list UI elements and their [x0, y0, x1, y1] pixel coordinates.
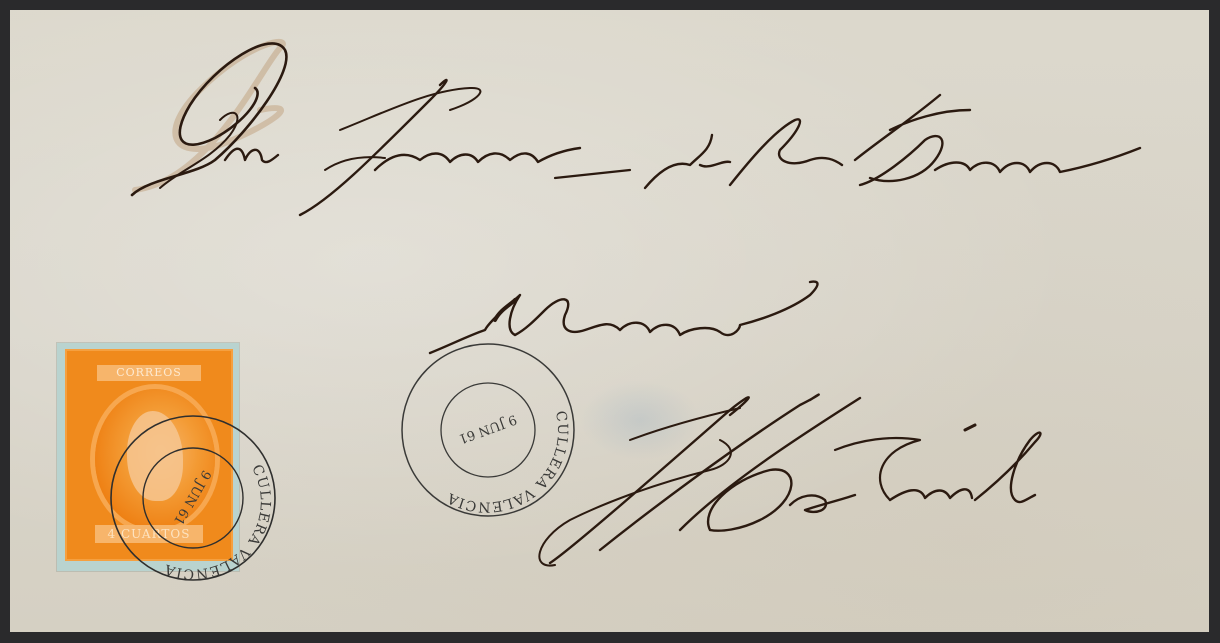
stamp-value-label: 4 CUARTOS	[95, 525, 203, 543]
postage-stamp: CORREOS 4 CUARTOS	[57, 343, 239, 571]
stamp-top-label: CORREOS	[97, 365, 201, 381]
postal-cover: Dn Franco de la Torre del como Motril CO…	[10, 10, 1209, 632]
stamp-frame: CORREOS 4 CUARTOS	[65, 349, 233, 561]
